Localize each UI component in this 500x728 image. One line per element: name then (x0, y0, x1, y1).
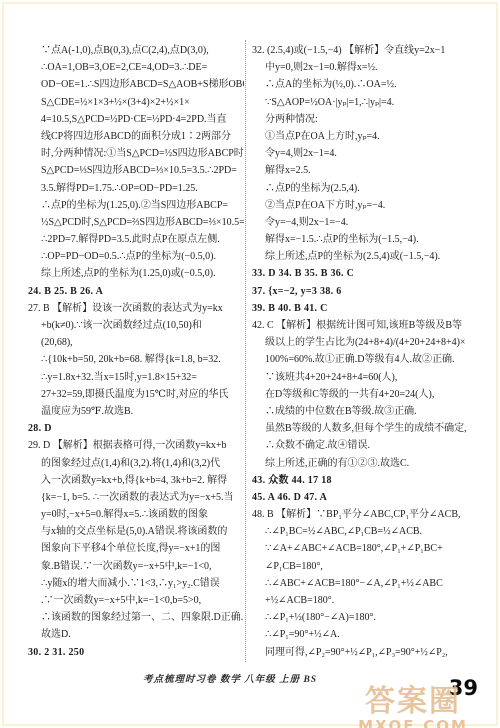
text-line: 令y=4,则2x−1=4. (252, 145, 472, 162)
text-line: ∵点A(-1,0),点B(0,3),点C(2,4),点D(3,0), (28, 42, 244, 59)
text-line: ∴OA=1,OB=3,OE=2,CE=4,OD=3.∴DE= (28, 59, 244, 76)
text-line: 解得x=2.5. (252, 162, 472, 179)
answers-column-left: ∵点A(-1,0),点B(0,3),点C(2,4),点D(3,0),∴OA=1,… (28, 42, 244, 661)
text-line: y=0时,−x+5=0.解得x=5.∴该函数的图象 (28, 506, 244, 523)
text-line: 综上所述,正确的有①②③.故选C. (252, 455, 472, 472)
text-line: ∴成绩的中位数在B等级.故③正确. (252, 403, 472, 420)
text-line: 入一次函数y=kx+b,得{k+b=4, 3k+b=2. 解得 (28, 472, 244, 489)
text-line: 故选D. (28, 626, 244, 643)
text-line: 温度应为59℉.故选B. (28, 403, 244, 420)
text-line: 同理可得,∠P₂=90°+½∠P₁,∠P₃=90°+½∠P₂, (252, 644, 472, 661)
text-line: .∵一次函数y=−x+5中,k=−1<0,b=5>0, (28, 592, 244, 609)
text-line: 43. 众数 44. 17 18 (252, 472, 472, 489)
text-line: +b(k≠0).∵该一次函数经过点(10,50)和 (28, 317, 244, 334)
text-line: 与x轴的交点坐标是(5,0).A错误.将该函数的 (28, 523, 244, 540)
text-line: 29. D 【解析】根据表格可得,一次函数y=kx+b (28, 437, 244, 454)
text-line: 在D等级和C等级的一共有4+20=24(人), (252, 386, 472, 403)
text-line: ∴众数不确定.故④错误. (252, 437, 472, 454)
text-line: 虽然B等级的人数多,但每个学生的成绩不确定, (252, 420, 472, 437)
text-line: ∴y随x的增大而减小.∵1<3,∴y₁>y₂.C错误 (28, 575, 244, 592)
text-line: 综上所述,点P的坐标为(2.5,4)或(−1.5,−4). (252, 248, 472, 265)
text-line: 45. A 46. D 47. A (252, 489, 472, 506)
text-line: 37. {x=−2, y=3 38. 6 (252, 283, 472, 300)
text-line: ∠P₁CB=180°, (252, 558, 472, 575)
text-line: 时,分两种情况:①当S△PCD=½S四边形ABCP时, (28, 145, 244, 162)
text-line: 4=10.5,S△PCD=½PD·CE=½PD·4=2PD.当直 (28, 111, 244, 128)
text-line: 象.B错误.∵一次函数y=−x+5中,k=−1<0, (28, 558, 244, 575)
text-line: ∴OP=PD−OD=0.5.∴点P的坐标为(−0.5,0). (28, 248, 244, 265)
text-line: 综上所述,点P的坐标为(1.25,0)或(−0.5,0). (28, 265, 244, 282)
text-line: ∴{10k+b=50, 20k+b=68. 解得{k=1.8, b=32. (28, 351, 244, 368)
text-line: {k=−1, b=5. ∴一次函数的表达式为y=−x+5.当 (28, 489, 244, 506)
text-line: 中y=0,则2x−1=0.解得x=½. (252, 59, 472, 76)
text-line: ∴点P的坐标为(1.25,0).②当S四边形ABCP= (28, 197, 244, 214)
text-line: 33. D 34. B 35. B 36. C (252, 265, 472, 282)
footer-book-title: 考点梳理时习卷 数学 八年级 上册 BS (60, 671, 400, 685)
text-line: ∴点A的坐标为(½,0).∴OA=½. (252, 76, 472, 93)
text-line: ∵S△AOP=½OA·|yₚ|=1,∴|yₚ|=4. (252, 94, 472, 111)
text-line: 24. B 25. B 26. A (28, 283, 244, 300)
text-line: 级以上的学生占比为(24+8+4)/(4+20+24+8+4)× (252, 334, 472, 351)
text-line: ∴∠ABC+∠ACB=180°−∠A,∠P₁+½∠ABC (252, 575, 472, 592)
text-line: ∴∠P₁+½(180°−∠A)=180°. (252, 609, 472, 626)
text-line: ∴y=1.8x+32.当x=15时,y=1.8×15+32= (28, 369, 244, 386)
text-line: 32. (2.5,4)或(−1.5,−4) 【解析】令直线y=2x−1 (252, 42, 472, 59)
text-line: 令y=−4,则2x−1=−4. (252, 214, 472, 231)
text-line: 解得x=−1.5.∴点P的坐标为(−1.5,−4). (252, 231, 472, 248)
text-line: OD−OE=1.∴S四边形ABCD=S△AOB+S梯形OBCE+ (28, 76, 244, 93)
text-line: ②当点P在OA下方时,yₚ=−4. (252, 197, 472, 214)
text-line: ①当点P在OA上方时,yₚ=4. (252, 128, 472, 145)
text-line: ∴∠P₁=90°+½∠A. (252, 626, 472, 643)
text-line: ∴该函数的图象经过第一、二、四象限.D正确. (28, 609, 244, 626)
text-line: ∴点P的坐标为(2.5,4). (252, 180, 472, 197)
text-line: 27. B 【解析】设该一次函数的表达式为y=kx (28, 300, 244, 317)
text-line: 39. B 40. B 41. C (252, 300, 472, 317)
text-line: 分两种情况: (252, 111, 472, 128)
text-line: 48. B 【解析】∵BP₁平分∠ABC,CP₁平分∠ACB, (252, 506, 472, 523)
text-line: (20,68), (28, 334, 244, 351)
text-line: +½∠ACB=180°. (252, 592, 472, 609)
text-line: ∵该班共4+20+24+8+4=60(人), (252, 369, 472, 386)
text-line: ∵∠A+∠ABC+∠ACB=180°,∠P₁+∠P₁BC+ (252, 540, 472, 557)
text-line: 图象向下平移4个单位长度,得y=−x+1的图 (28, 540, 244, 557)
text-line: 3.5.解得PD=1.75.∴OP=OD−PD=1.25. (28, 180, 244, 197)
watermark-site-text: MXQE.COM (318, 719, 500, 728)
answers-column-right: 32. (2.5,4)或(−1.5,−4) 【解析】令直线y=2x−1中y=0,… (252, 42, 472, 661)
text-line: 42. C 【解析】根据统计图可知,该班B等级及B等 (252, 317, 472, 334)
text-line: S△CDE=½×1×3+½×(3+4)×2+½×1× (28, 94, 244, 111)
text-line: 27+32=59,即摄氏温度为15℃时,对应的华氏 (28, 386, 244, 403)
text-line: 100%=60%.故①正确.D等级有4人.故②正确. (252, 351, 472, 368)
text-line: S△PCD=⅓S四边形ABCD=⅓×10.5=3.5.∴2PD= (28, 162, 244, 179)
page-number: 39 (449, 676, 478, 700)
text-line: 30. 2 31. 250 (28, 644, 244, 661)
text-line: 线CP将四边形ABCD的面积分成1∶2两部分 (28, 128, 244, 145)
text-line: 的图象经过点(1,4)和(3,2).将(1,4)和(3,2)代 (28, 455, 244, 472)
text-line: ∴2PD=7.解得PD=3.5.此时点P在原点左侧. (28, 231, 244, 248)
text-line: ∴∠P₁BC=½∠ABC,∠P₁CB=½∠ACB. (252, 523, 472, 540)
text-line: 28. D (28, 420, 244, 437)
text-line: ½S△PCD时,S△PCD=⅔S四边形ABCD=⅔×10.5=7. (28, 214, 244, 231)
column-divider (245, 40, 246, 662)
